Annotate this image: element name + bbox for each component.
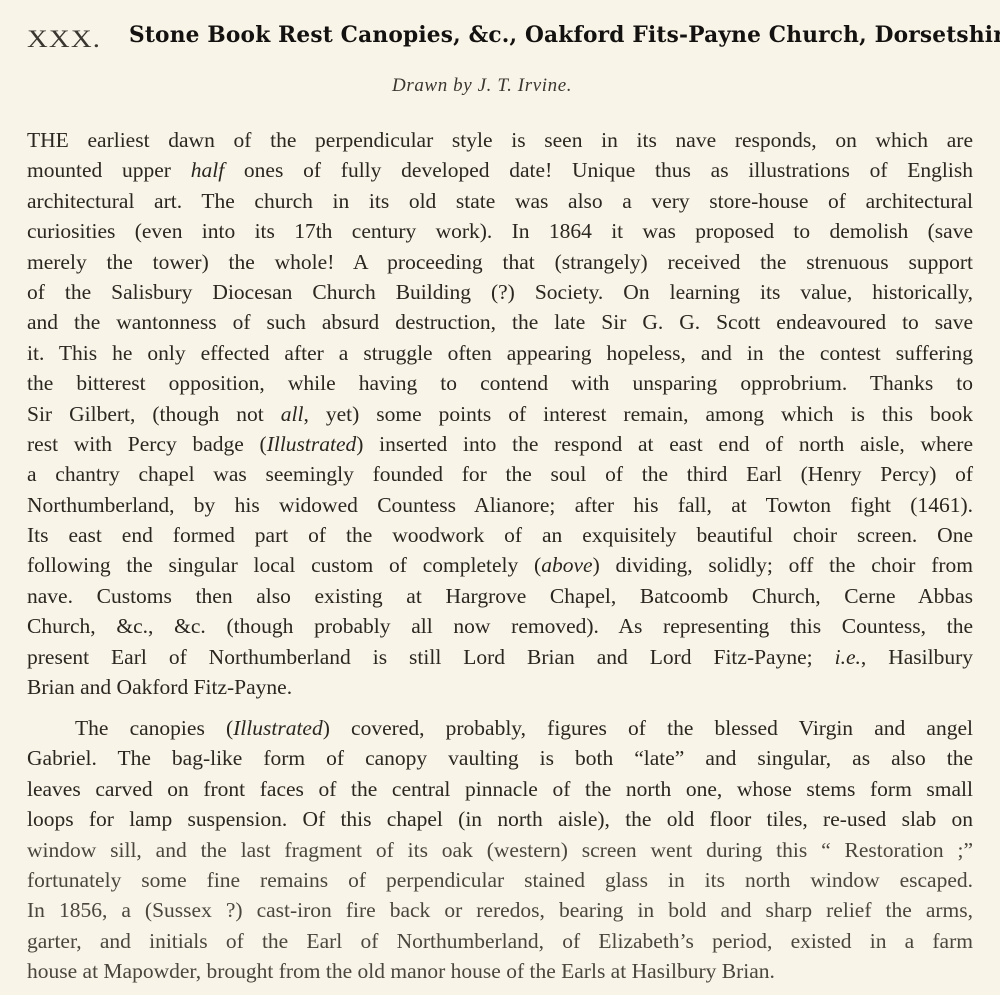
text-line: the bitterest opposition, while having t… (27, 368, 973, 398)
text-line: Northumberland, by his widowed Countess … (27, 490, 973, 520)
text-line: curiosities (even into its 17th century … (27, 216, 973, 246)
text-line: Its east end formed part of the woodwork… (27, 520, 973, 550)
text-line: of the Salisbury Diocesan Church Buildin… (27, 277, 973, 307)
text-line: Brian and Oakford Fitz-Payne. (27, 672, 973, 702)
text-line: Gabriel. The bag-like form of canopy vau… (27, 743, 973, 773)
byline: Drawn by J. T. Irvine. (392, 75, 572, 97)
text-line: In 1856, a (Sussex ?) cast-iron fire bac… (27, 895, 973, 925)
text-line: present Earl of Northumberland is still … (27, 642, 973, 672)
text-line: architectural art. The church in its old… (27, 186, 973, 216)
text-line: The canopies (Illustrated) covered, prob… (27, 713, 973, 743)
paragraph-2: The canopies (Illustrated) covered, prob… (27, 713, 973, 987)
text-line: fortunately some fine remains of perpend… (27, 865, 973, 895)
text-line: Sir Gilbert, (though not all, yet) some … (27, 399, 973, 429)
text-line: garter, and initials of the Earl of Nort… (27, 926, 973, 956)
text-line: leaves carved on front faces of the cent… (27, 774, 973, 804)
text-line: following the singular local custom of c… (27, 550, 973, 580)
text-line: window sill, and the last fragment of it… (27, 835, 973, 865)
text-line: merely the tower) the whole! A proceedin… (27, 247, 973, 277)
text-line: it. This he only effected after a strugg… (27, 338, 973, 368)
text-line: and the wantonness of such absurd destru… (27, 307, 973, 337)
text-line: THE earliest dawn of the perpendicular s… (27, 125, 973, 155)
text-line: loops for lamp suspension. Of this chape… (27, 804, 973, 834)
text-line: rest with Percy badge (Illustrated) inse… (27, 429, 973, 459)
document-page: XXX. Stone Book Rest Canopies, &c., Oakf… (0, 0, 1000, 995)
text-line: house at Mapowder, brought from the old … (27, 956, 973, 986)
paragraph-1: THE earliest dawn of the perpendicular s… (27, 125, 973, 702)
plate-number: XXX. (27, 26, 101, 54)
text-line: nave. Customs then also existing at Harg… (27, 581, 973, 611)
plate-title: Stone Book Rest Canopies, &c., Oakford F… (129, 22, 1000, 48)
text-line: a chantry chapel was seemingly founded f… (27, 459, 973, 489)
text-line: Church, &c., &c. (though probably all no… (27, 611, 973, 641)
plate-header: XXX. Stone Book Rest Canopies, &c., Oakf… (27, 22, 977, 62)
text-line: mounted upper half ones of fully develop… (27, 155, 973, 185)
